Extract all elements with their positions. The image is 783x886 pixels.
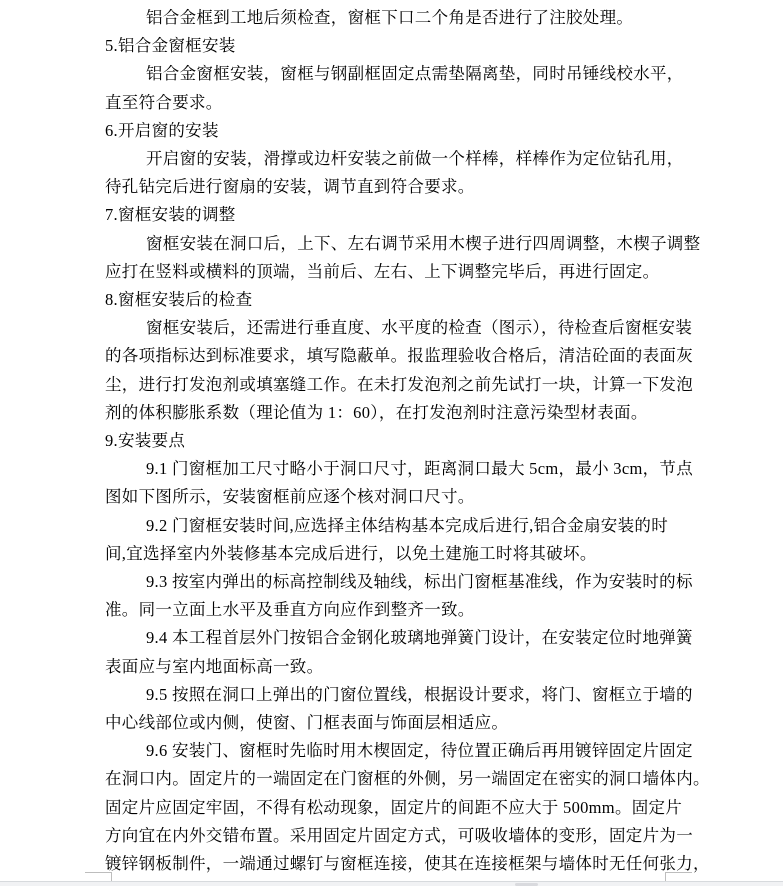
text-line: 窗框安装后，还需进行垂直度、水平度的检查（图示），待检查后窗框安装 — [105, 314, 680, 342]
text-line: 9.1 门窗框加工尺寸略小于洞口尺寸，距离洞口最大 5cm，最小 3cm，节点 — [105, 455, 680, 483]
text-line: 间,宜选择室内外装修基本完成后进行，以免土建施工时将其破坏。 — [105, 540, 680, 568]
text-line: 6.开启窗的安装 — [105, 117, 680, 145]
text-line: 8.窗框安装后的检查 — [105, 286, 680, 314]
text-line: 准。同一立面上水平及垂直方向应作到整齐一致。 — [105, 596, 680, 624]
text-line: 窗框安装在洞口后，上下、左右调节采用木楔子进行四周调整，木楔子调整 — [105, 230, 680, 258]
text-line: 在洞口内。固定片的一端固定在门窗框的外侧，另一端固定在密实的洞口墙体内。 — [105, 765, 680, 793]
text-line: 待孔钻完后进行窗扇的安装，调节直到符合要求。 — [105, 173, 680, 201]
text-line: 尘，进行打发泡剂或填塞缝工作。在未打发泡剂之前先试打一块，计算一下发泡 — [105, 371, 680, 399]
text-line: 9.5 按照在洞口上弹出的门窗位置线，根据设计要求，将门、窗框立于墙的 — [105, 681, 680, 709]
text-line: 固定片应固定牢固，不得有松动现象，固定片的间距不应大于 500mm。固定片 — [105, 794, 680, 822]
document-text-area[interactable]: 铝合金框到工地后须检查，窗框下口二个角是否进行了注胶处理。5.铝合金窗框安装铝合… — [105, 4, 680, 878]
text-line: 剂的体积膨胀系数（理论值为 1：60），在打发泡剂时注意污染型材表面。 — [105, 399, 680, 427]
text-line: 中心线部位或内侧，使窗、门框表面与饰面层相适应。 — [105, 709, 680, 737]
text-line: 9.2 门窗框安装时间,应选择主体结构基本完成后进行,铝合金扇安装的时 — [105, 512, 680, 540]
text-line: 方向宜在内外交错布置。采用固定片固定方式，可吸收墙体的变形，固定片为一 — [105, 822, 680, 850]
text-line: 5.铝合金窗框安装 — [105, 32, 680, 60]
page-bottom-left-crop-mark — [85, 872, 112, 881]
text-line: 9.安装要点 — [105, 427, 680, 455]
document-page[interactable]: 铝合金框到工地后须检查，窗框下口二个角是否进行了注胶处理。5.铝合金窗框安装铝合… — [0, 0, 783, 881]
page-bottom-right-crop-mark — [665, 872, 692, 881]
text-line: 9.4 本工程首层外门按铝合金钢化玻璃地弹簧门设计，在安装定位时地弹簧 — [105, 624, 680, 652]
text-line: 应打在竖料或横料的顶端，当前后、左右、上下调整完毕后，再进行固定。 — [105, 258, 680, 286]
text-line: 直至符合要求。 — [105, 89, 680, 117]
text-line: 图如下图所示，安装窗框前应逐个核对洞口尺寸。 — [105, 483, 680, 511]
text-line: 9.6 安装门、窗框时先临时用木楔固定，待位置正确后再用镀锌固定片固定 — [105, 737, 680, 765]
text-line: 的各项指标达到标准要求，填写隐蔽单。报监理验收合格后，清洁砼面的表面灰 — [105, 342, 680, 370]
text-line: 铝合金窗框安装，窗框与钢副框固定点需垫隔离垫，同时吊锤线校水平， — [105, 60, 680, 88]
text-line: 9.3 按室内弹出的标高控制线及轴线，标出门窗框基准线，作为安装时的标 — [105, 568, 680, 596]
text-line: 铝合金框到工地后须检查，窗框下口二个角是否进行了注胶处理。 — [105, 4, 680, 32]
text-line: 表面应与室内地面标高一致。 — [105, 653, 680, 681]
text-line: 镀锌钢板制件，一端通过螺钉与窗框连接，使其在连接框架与墙体时无任何张力， — [105, 850, 680, 878]
text-line: 开启窗的安装，滑撑或边杆安装之前做一个样棒，样棒作为定位钻孔用， — [105, 145, 680, 173]
text-line: 7.窗框安装的调整 — [105, 201, 680, 229]
page-gap — [0, 881, 783, 886]
